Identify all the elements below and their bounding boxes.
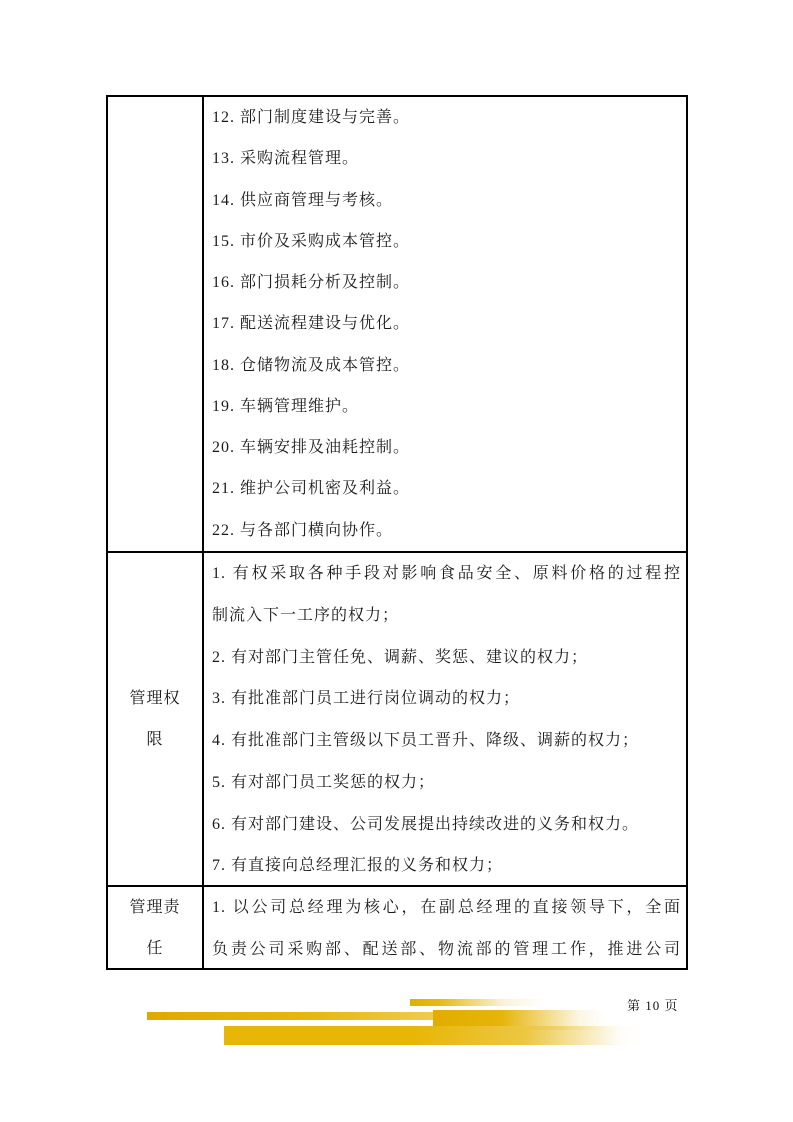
row-header-label: 管理权限 <box>127 678 183 760</box>
row-header-cell-responsibility: 管理责任 <box>108 887 204 968</box>
duties-content-cell: 12. 部门制度建设与完善。 13. 采购流程管理。 14. 供应商管理与考核。… <box>204 97 686 551</box>
authority-line: 3. 有批准部门员工进行岗位调动的权力； <box>212 678 681 720</box>
authority-line: 7. 有直接向总经理汇报的义务和权力； <box>212 845 681 885</box>
authority-line: 1. 有权采取各种手段对影响食品安全、原料价格的过程控 <box>212 553 681 595</box>
row-header-cell-empty <box>108 97 204 551</box>
authority-content-cell: 1. 有权采取各种手段对影响食品安全、原料价格的过程控 制流入下一工序的权力； … <box>204 553 686 885</box>
responsibility-line: 负责公司采购部、配送部、物流部的管理工作，推进公司 <box>212 929 681 969</box>
duty-line: 17. 配送流程建设与优化。 <box>212 303 681 344</box>
row-header-label: 管理责任 <box>127 887 183 969</box>
footer-gold-bar-bottom <box>224 1026 644 1045</box>
table-row-authority: 管理权限 1. 有权采取各种手段对影响食品安全、原料价格的过程控 制流入下一工序… <box>108 551 686 885</box>
duty-line: 20. 车辆安排及油耗控制。 <box>212 427 681 468</box>
authority-line: 2. 有对部门主管任免、调薪、奖惩、建议的权力； <box>212 637 681 679</box>
duty-line: 21. 维护公司机密及利益。 <box>212 468 681 509</box>
duty-line: 13. 采购流程管理。 <box>212 138 681 179</box>
table-row-duties: 12. 部门制度建设与完善。 13. 采购流程管理。 14. 供应商管理与考核。… <box>108 97 686 551</box>
authority-line: 6. 有对部门建设、公司发展提出持续改进的义务和权力。 <box>212 804 681 846</box>
row-header-cell-authority: 管理权限 <box>108 553 204 885</box>
footer-gold-bar-top <box>410 999 546 1006</box>
authority-line: 制流入下一工序的权力； <box>212 595 681 637</box>
responsibility-content-cell: 1. 以公司总经理为核心，在副总经理的直接领导下，全面 负责公司采购部、配送部、… <box>204 887 686 968</box>
footer-gold-bar-thin <box>147 1012 434 1020</box>
authority-line: 4. 有批准部门主管级以下员工晋升、降级、调薪的权力； <box>212 720 681 762</box>
duty-line: 16. 部门损耗分析及控制。 <box>212 262 681 303</box>
duty-line: 15. 市价及采购成本管控。 <box>212 221 681 262</box>
table-row-responsibility: 管理责任 1. 以公司总经理为核心，在副总经理的直接领导下，全面 负责公司采购部… <box>108 885 686 968</box>
duties-table: 12. 部门制度建设与完善。 13. 采购流程管理。 14. 供应商管理与考核。… <box>106 95 688 970</box>
duty-line: 22. 与各部门横向协作。 <box>212 510 681 551</box>
duty-line: 19. 车辆管理维护。 <box>212 386 681 427</box>
authority-line: 5. 有对部门员工奖惩的权力； <box>212 762 681 804</box>
duty-line: 14. 供应商管理与考核。 <box>212 180 681 221</box>
page-number: 第 10 页 <box>627 998 679 1013</box>
responsibility-line: 1. 以公司总经理为核心，在副总经理的直接领导下，全面 <box>212 887 681 929</box>
duty-line: 18. 仓储物流及成本管控。 <box>212 345 681 386</box>
duty-line: 12. 部门制度建设与完善。 <box>212 97 681 138</box>
